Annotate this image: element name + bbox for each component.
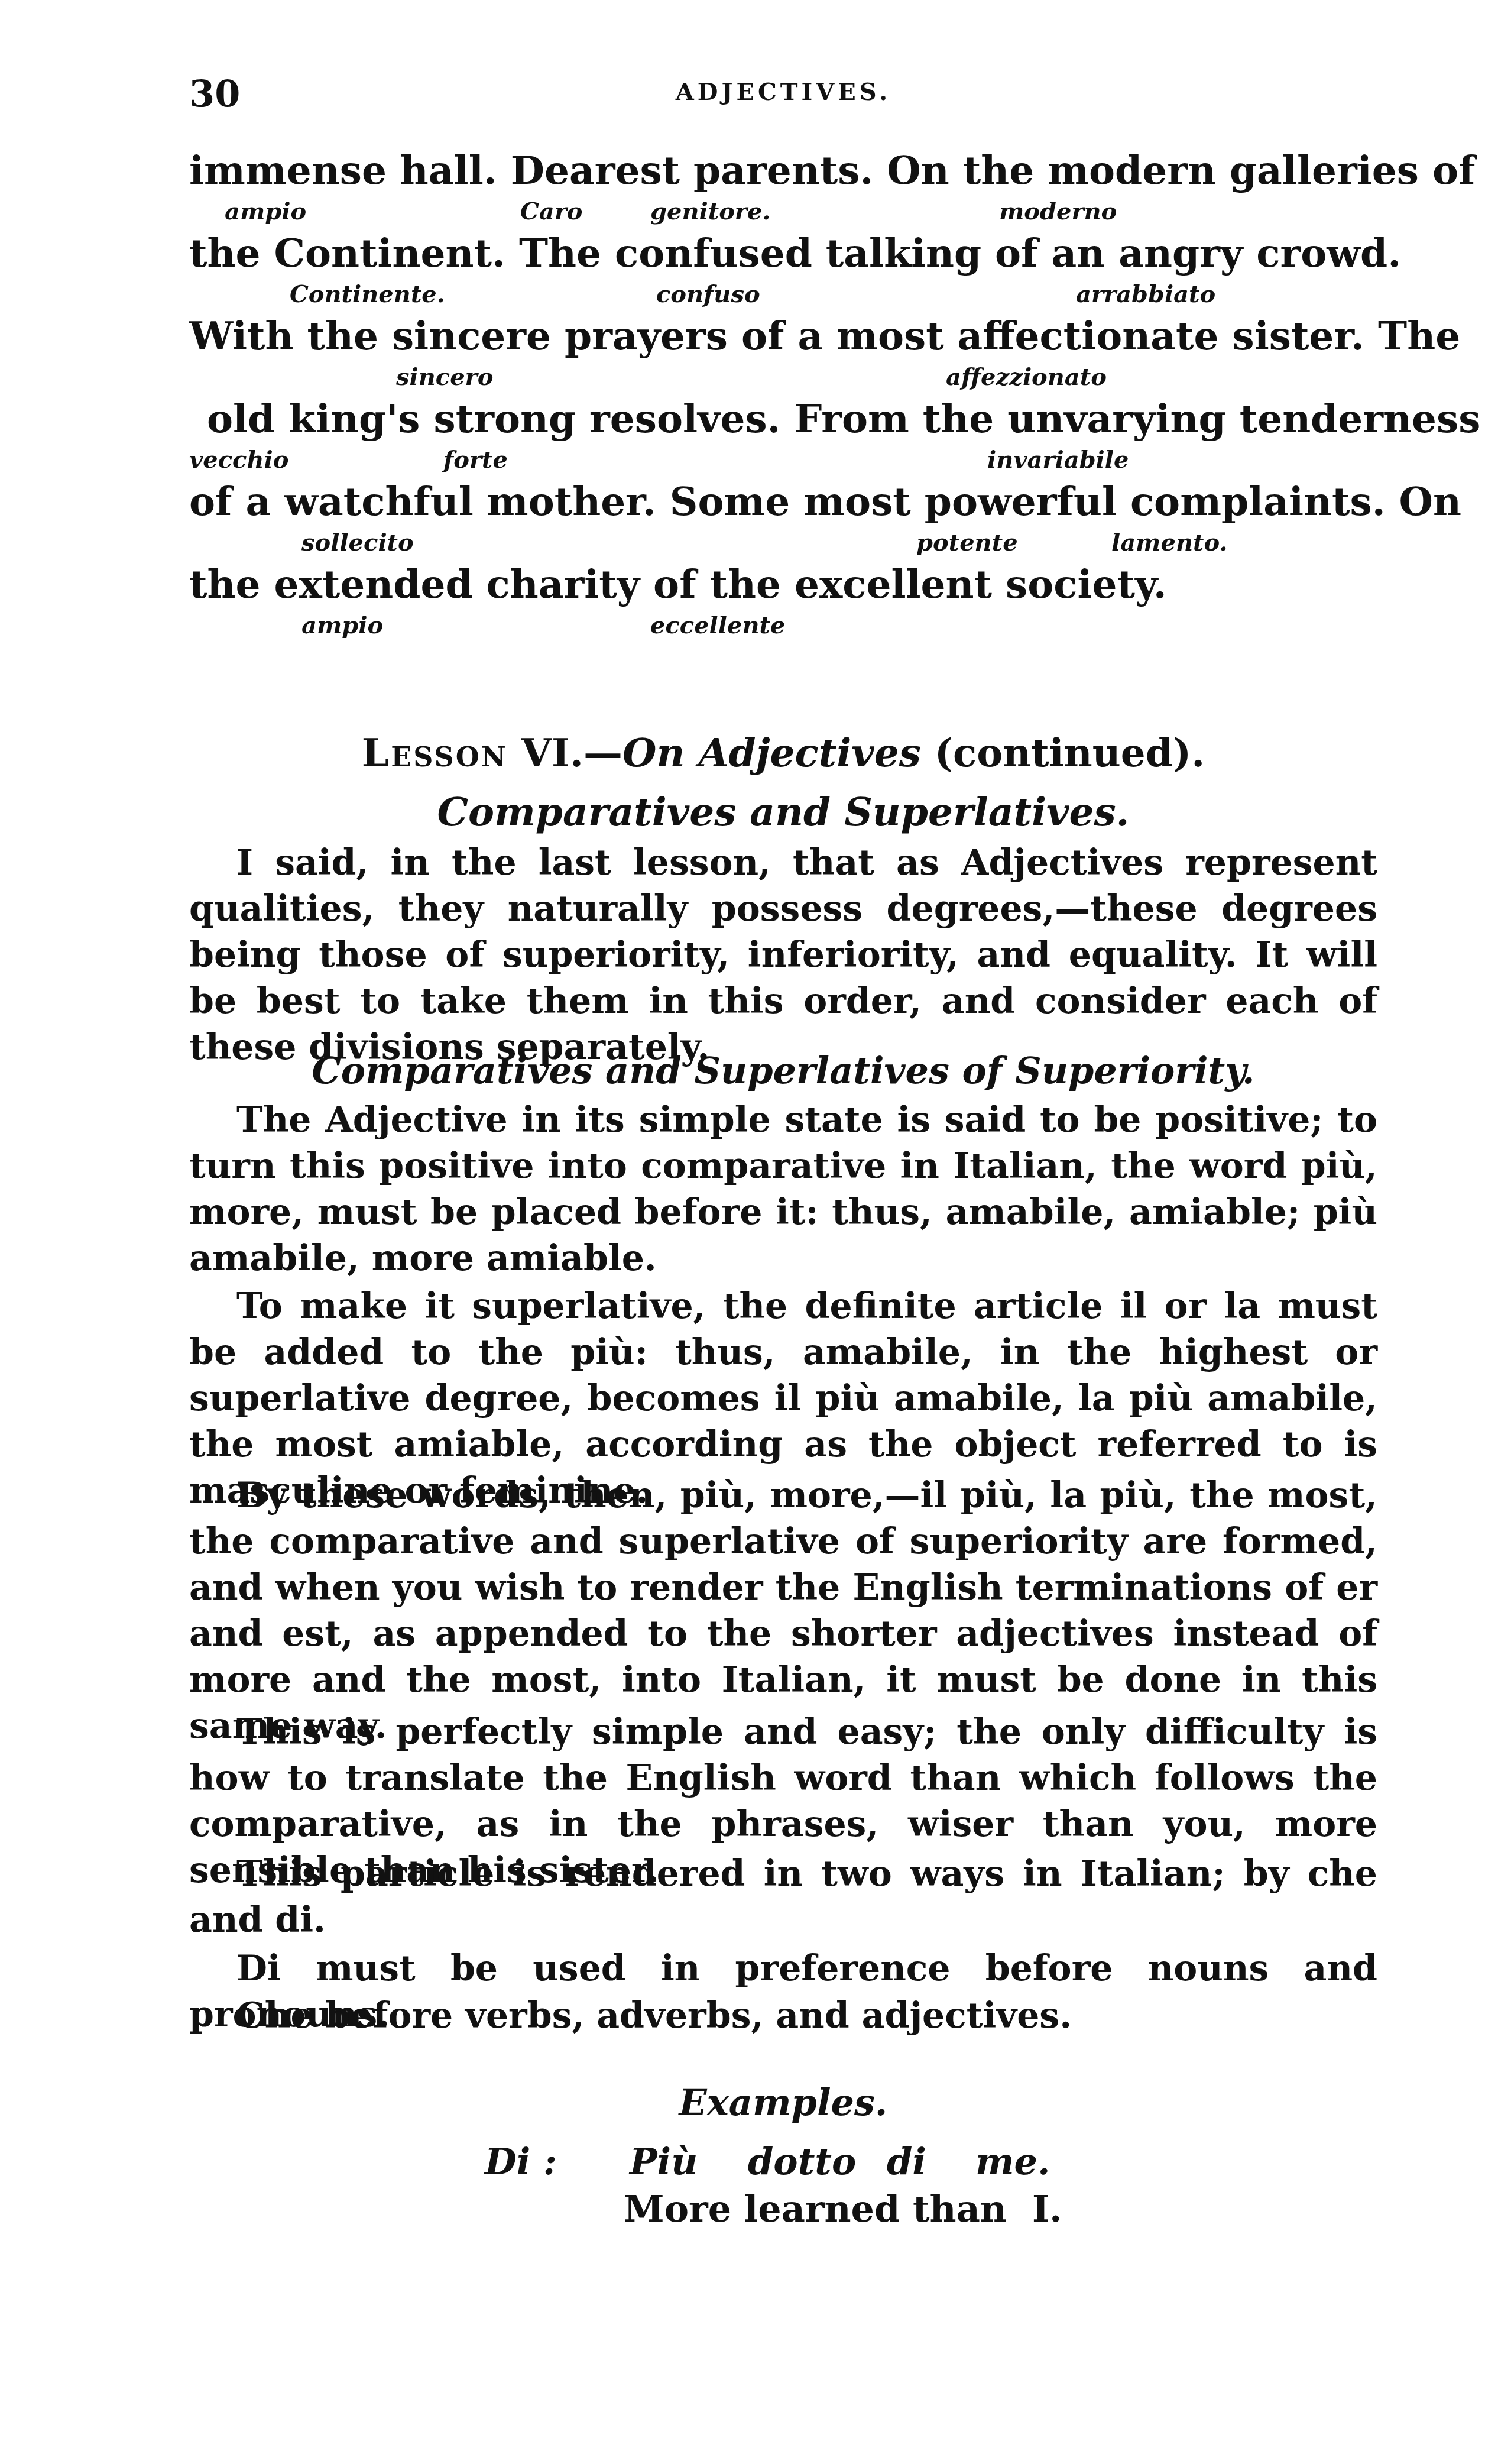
example-italian-word: me. xyxy=(975,2144,1050,2180)
gloss: invariabile xyxy=(987,448,1129,472)
example-italian-word: di xyxy=(887,2144,926,2180)
gloss: moderno xyxy=(999,200,1117,224)
example-italian-word: Più xyxy=(630,2144,698,2180)
running-title: ADJECTIVES. xyxy=(189,78,1377,106)
paragraph: Che before verbs, adverbs, and adjective… xyxy=(189,1993,1377,2039)
gloss: potente xyxy=(916,531,1018,555)
lesson-heading: Lesson VI.—On Adjectives (continued). xyxy=(189,733,1377,772)
gloss: genitore. xyxy=(650,200,770,224)
gloss: ampio xyxy=(301,614,383,637)
exercise-line: With the sincere prayers of a most affec… xyxy=(189,316,1377,355)
lesson-subtitle: Comparatives and Superlatives. xyxy=(189,792,1377,831)
section-title: Comparatives and Superlatives of Superio… xyxy=(189,1053,1377,1089)
exercise-line: immense hall. Dearest parents. On the mo… xyxy=(189,151,1377,190)
exercise-line: of a watchful mother. Some most powerful… xyxy=(189,482,1377,521)
examples-title: Examples. xyxy=(189,2084,1377,2121)
gloss: Continente. xyxy=(290,283,445,306)
gloss: vecchio xyxy=(189,448,288,472)
example-label: Di : xyxy=(485,2144,557,2180)
gloss: arrabbiato xyxy=(1076,283,1215,306)
gloss: sollecito xyxy=(301,531,414,555)
intro-paragraph: I said, in the last lesson, that as Adje… xyxy=(189,840,1377,1070)
example-english: More learned than I. xyxy=(624,2191,1062,2227)
gloss: lamento. xyxy=(1111,531,1227,555)
exercise-line: the Continent. The confused talking of a… xyxy=(189,234,1366,273)
example-italian-word: dotto xyxy=(748,2144,856,2180)
gloss: eccellente xyxy=(650,614,785,637)
exercise-line: the extended charity of the excellent so… xyxy=(189,565,1167,604)
gloss: forte xyxy=(443,448,508,472)
gloss: ampio xyxy=(225,200,306,224)
gloss: Caro xyxy=(520,200,583,224)
gloss: confuso xyxy=(656,283,760,306)
page-header: 30 ADJECTIVES. xyxy=(189,72,1377,119)
exercise-line: old king's strong resolves. From the unv… xyxy=(207,399,1377,438)
paragraph: The Adjective in its simple state is sai… xyxy=(189,1097,1377,1281)
gloss: sincero xyxy=(396,365,493,389)
gloss: affezzionato xyxy=(946,365,1107,389)
paragraph: By these words, then, più, more,—il più,… xyxy=(189,1472,1377,1749)
paragraph: This particle is rendered in two ways in… xyxy=(189,1851,1377,1943)
